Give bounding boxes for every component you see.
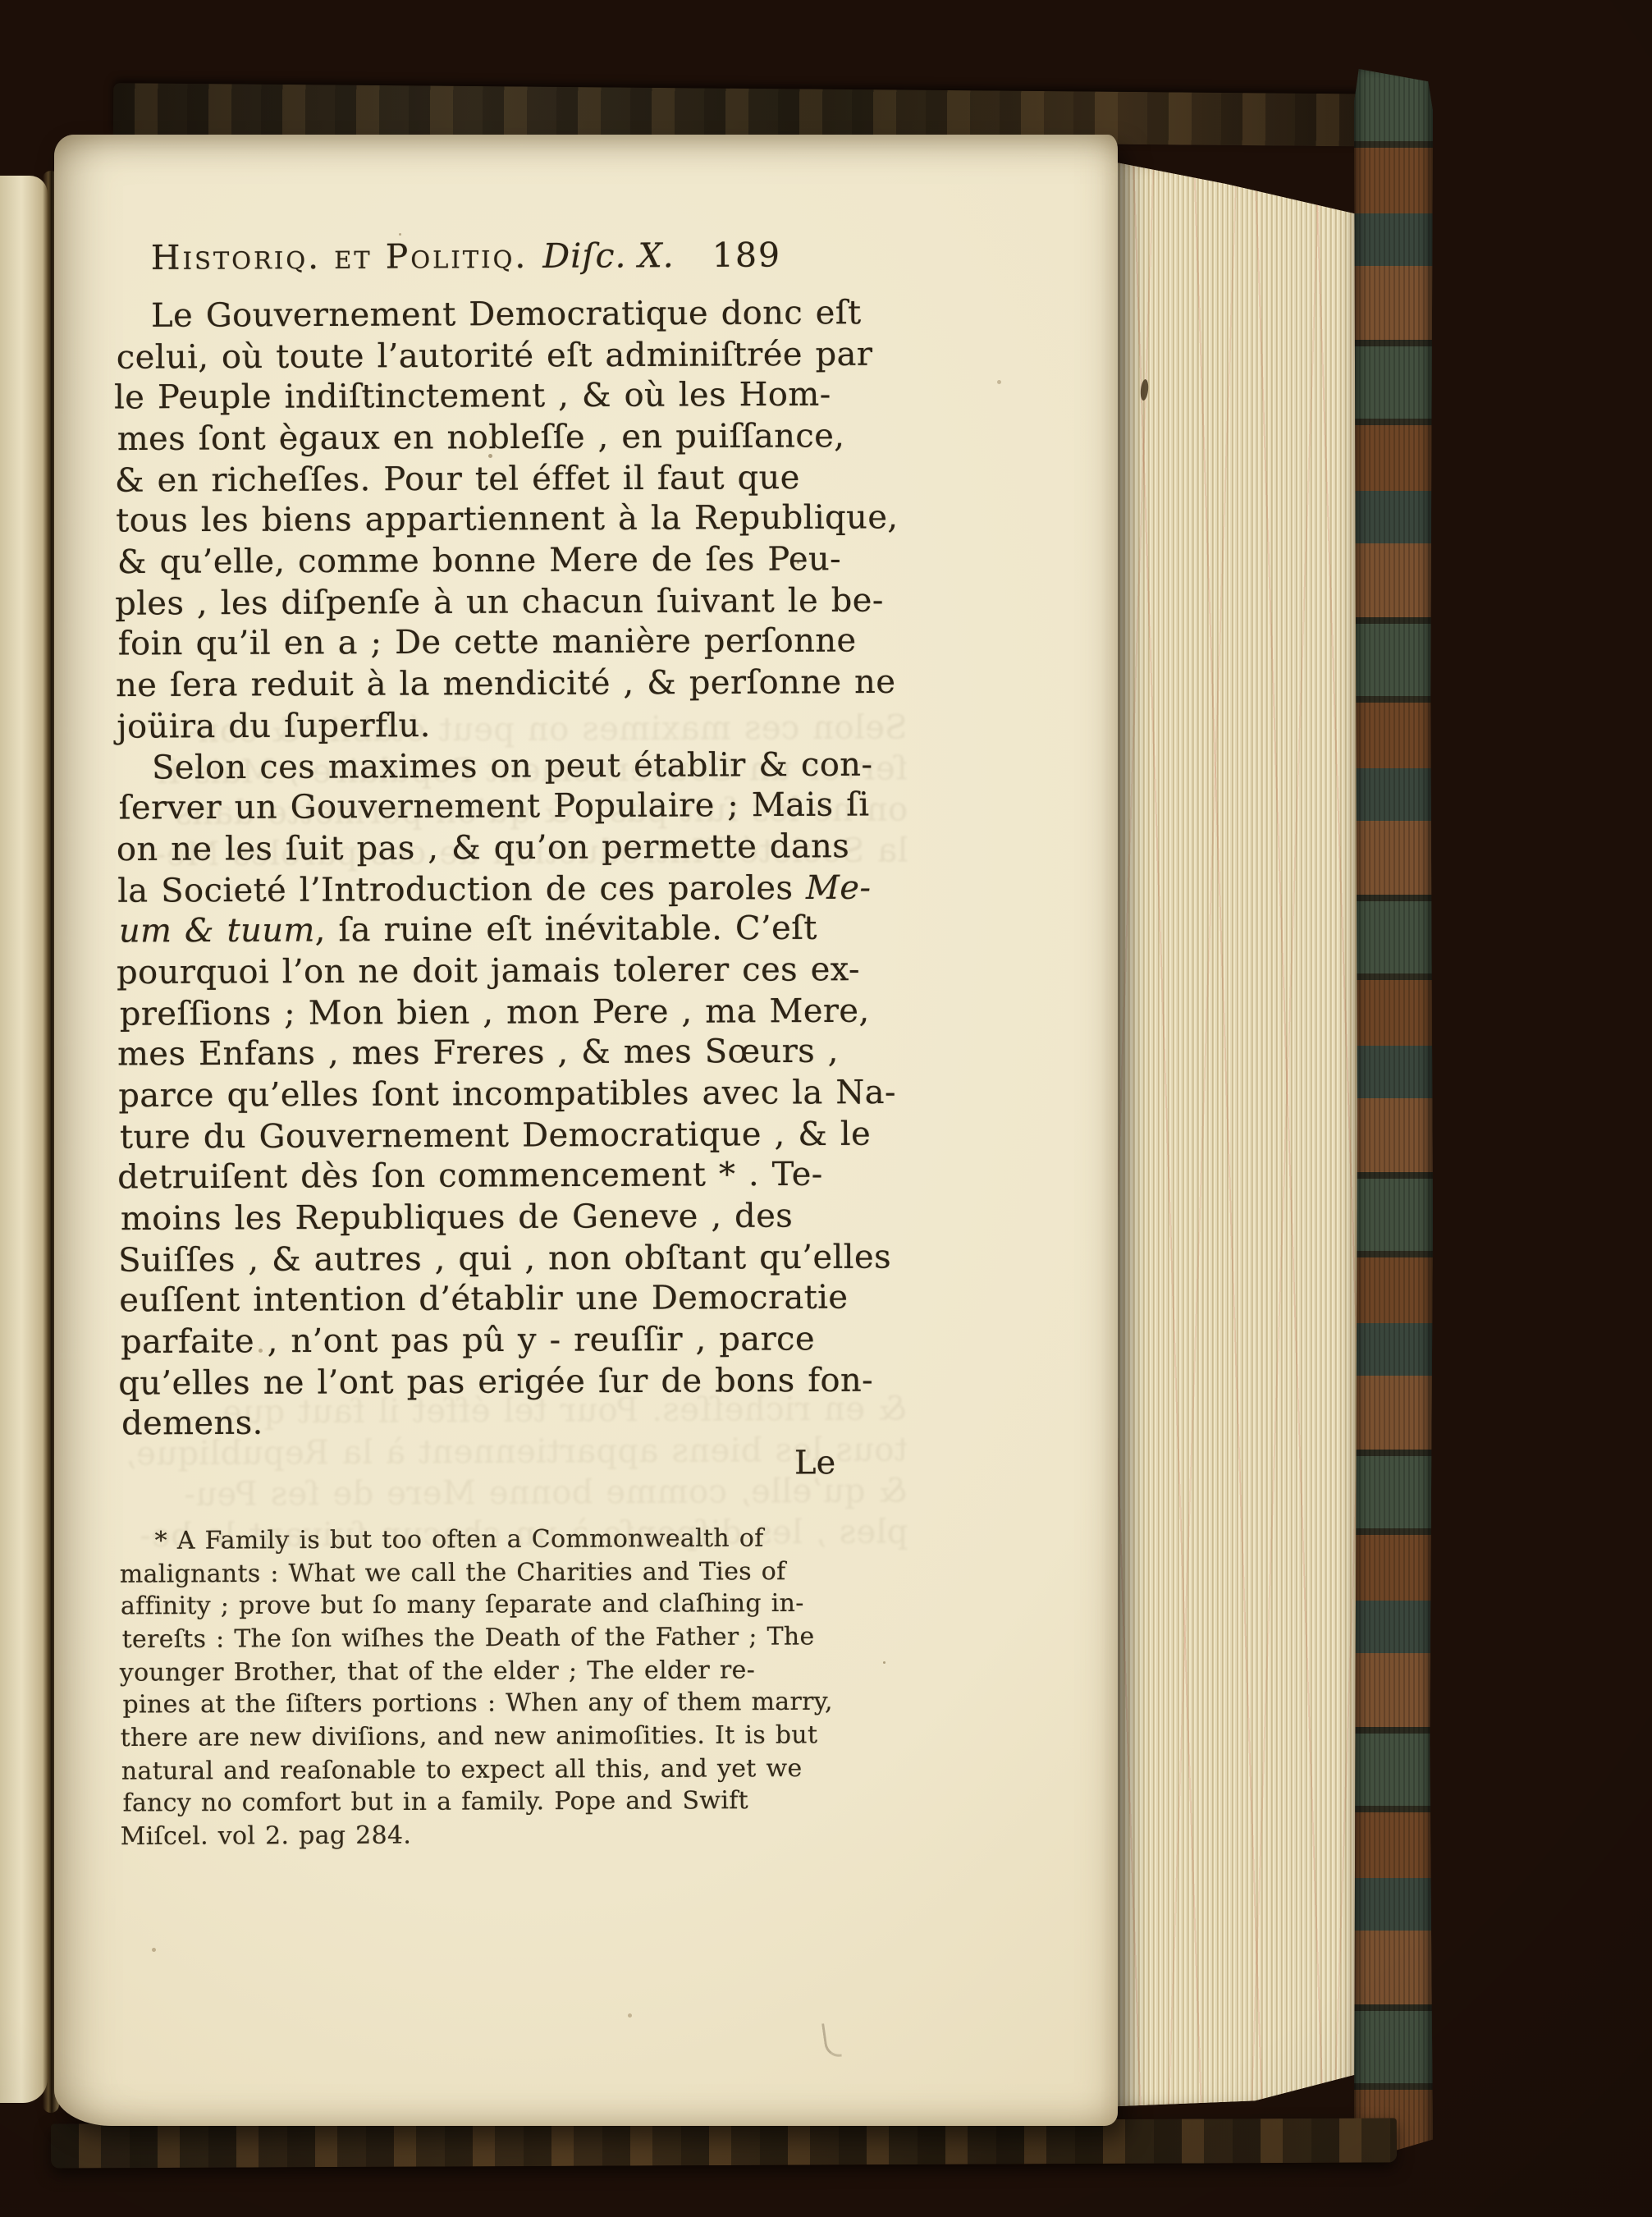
text-line: there are new diviſions, and new animoſi… bbox=[121, 1719, 908, 1755]
text-line: tous les biens appartiennent à la Republ… bbox=[116, 497, 904, 541]
text-line: & en richeſſes. Pour tel éffet il faut q… bbox=[115, 457, 903, 502]
text-line: ples , les diſpenſe à un chacun ſuivant … bbox=[115, 580, 903, 625]
paragraph: Le Gouvernement Democratique donc eſtcel… bbox=[115, 292, 904, 747]
cover-spine-strip bbox=[1354, 69, 1433, 2160]
ink-mark bbox=[821, 2022, 842, 2059]
text-line: younger Brother, that of the elder ; The… bbox=[120, 1654, 908, 1690]
text-line: & qu’elle, comme bonne Mere de ſes Peu- bbox=[117, 538, 905, 583]
text-line: um & tuum, ſa ruine eſt inévitable. C’eſ… bbox=[119, 907, 907, 951]
text-line: Le Gouvernement Democratique donc eſt bbox=[115, 292, 903, 337]
text-line: ne ſera reduit à la mendicité , & perſon… bbox=[116, 662, 904, 706]
footnote: * A Family is but too often a Commonweal… bbox=[121, 1522, 910, 1853]
paper-specks bbox=[54, 135, 57, 137]
text-line: celui, où toute l’autorité eſt adminiſtr… bbox=[117, 334, 904, 378]
text-line: ture du Gouvernement Democratique , & le bbox=[120, 1113, 908, 1157]
running-title: Historiq. et Politiq. bbox=[151, 236, 529, 277]
page-block-fore-edge bbox=[1110, 154, 1361, 2114]
text-line: parfaite , n’ont pas pû y - reuſſir , pa… bbox=[121, 1318, 908, 1363]
text-line: Miſcel. vol 2. pag 284. bbox=[121, 1817, 908, 1853]
catchword: Le bbox=[120, 1441, 908, 1487]
text-line: tereſts : The ſon wiſhes the Death of th… bbox=[122, 1620, 910, 1656]
text-line: Suiſſes , & autres , qui , non obſtant q… bbox=[118, 1237, 906, 1281]
text-line: ſerver un Gouvernement Populaire ; Mais … bbox=[119, 784, 907, 828]
text-line: pines at the ſiſters portions : When any… bbox=[122, 1685, 910, 1721]
paragraph: Selon ces maximes on peut établir & con-… bbox=[117, 744, 908, 1445]
facing-page-edge bbox=[0, 176, 48, 2103]
page-body-text: Le Gouvernement Democratique donc eſtcel… bbox=[115, 292, 908, 1445]
text-line: mes Enfans , mes Freres , & mes Sœurs , bbox=[117, 1030, 905, 1074]
text-line: parce qu’elles ſont incompatibles avec l… bbox=[118, 1072, 906, 1116]
text-line: * A Family is but too often a Commonweal… bbox=[122, 1522, 910, 1558]
text-line: joüira du ſuperflu. bbox=[117, 703, 904, 748]
text-line: demens. bbox=[121, 1399, 909, 1444]
text-line: qu’elles ne l’ont pas erigée ſur de bons… bbox=[118, 1360, 906, 1404]
printed-text-block: Historiq. et Politiq. Diſc. X. 189 Le Go… bbox=[115, 235, 910, 1853]
section-label: Diſc. X. bbox=[542, 236, 675, 276]
text-line: pourquoi l’on ne doit jamais tolerer ces… bbox=[117, 949, 904, 993]
text-line: preſſions ; Mon bien , mon Pere , ma Mer… bbox=[120, 990, 908, 1034]
text-line: mes ſont ègaux en nobleſſe , en puiſſanc… bbox=[117, 415, 905, 460]
text-line: malignants : What we call the Charities … bbox=[120, 1555, 908, 1592]
text-line: natural and reaſonable to expect all thi… bbox=[121, 1752, 909, 1788]
text-line: fancy no comfort but in a family. Pope a… bbox=[122, 1784, 910, 1820]
text-line: la Societé l’Introduction de ces paroles… bbox=[117, 868, 905, 912]
text-line: moins les Republiques de Geneve , des bbox=[121, 1195, 908, 1239]
text-line: on ne les ſuit pas , & qu’on permette da… bbox=[117, 826, 904, 870]
page-number: 189 bbox=[712, 236, 781, 275]
running-header: Historiq. et Politiq. Diſc. X. 189 bbox=[151, 235, 903, 284]
book-page: Selon ces maximes on peut établir & con-… bbox=[54, 135, 1118, 2126]
text-line: Selon ces maximes on peut établir & con- bbox=[116, 744, 904, 789]
text-line: foin qu’il en a ; De cette manière perſo… bbox=[118, 620, 906, 664]
text-line: euſſent intention d’établir une Democrat… bbox=[119, 1276, 907, 1321]
text-line: detruiſent dès ſon commencement * . Te- bbox=[117, 1153, 905, 1198]
text-line: affinity ; prove but ſo many ſeparate an… bbox=[121, 1587, 908, 1623]
book-photo: Selon ces maximes on peut établir & con-… bbox=[0, 0, 1652, 2217]
text-line: le Peuple indiſtinctement , & où les Hom… bbox=[114, 373, 902, 418]
